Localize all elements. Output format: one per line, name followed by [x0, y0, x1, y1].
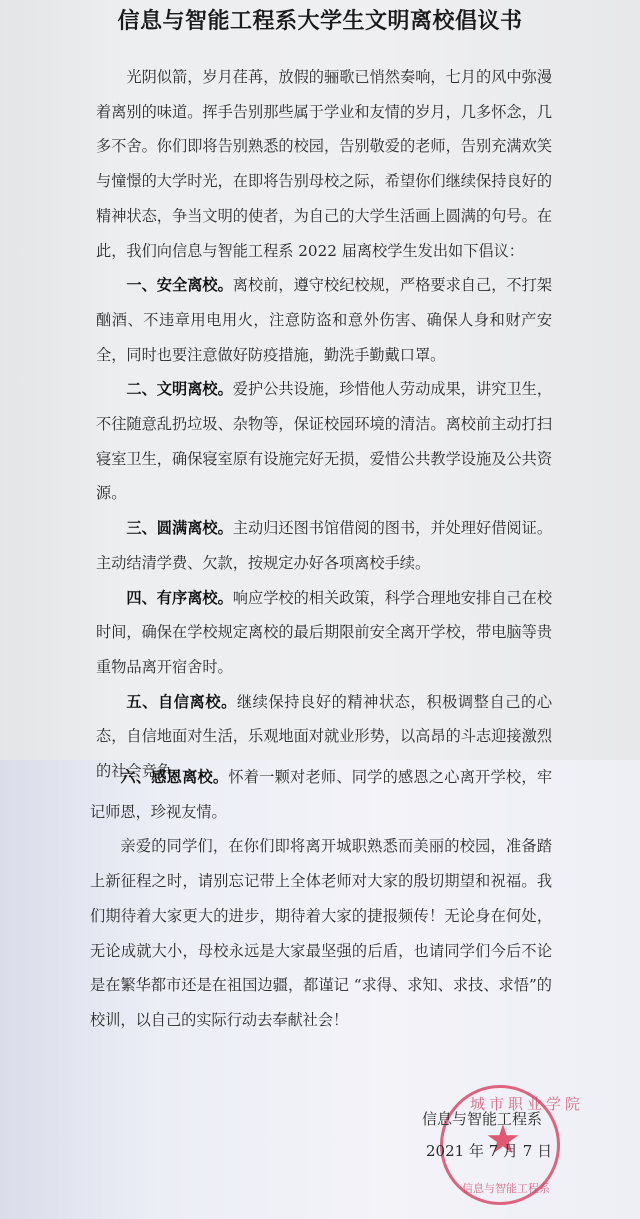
signature-date: 2021 年 7 月 7 日	[426, 1140, 552, 1161]
item-orderly: 四、有序离校。响应学校的相关政策，科学合理地安排自己在校时间，确保在学校规定离校…	[96, 581, 552, 685]
item-heading: 五、自信离校。	[126, 693, 237, 711]
item-text: 爱护公共设施，珍惜他人劳动成果，讲究卫生，不往随意乱扔垃圾、杂物等，保证校园环境…	[96, 380, 552, 502]
signature-department: 信息与智能工程系	[422, 1108, 542, 1129]
item-heading: 六、感恩离校。	[120, 768, 228, 786]
seal-bottom-text: 信息与智能工程系	[462, 1180, 550, 1196]
item-heading: 三、圆满离校。	[126, 519, 232, 537]
item-heading: 一、安全离校。	[126, 276, 232, 294]
document-body-top: 光阴似箭，岁月荏苒，放假的骊歌已悄然奏响，七月的风中弥漫着离别的味道。挥手告别那…	[96, 60, 552, 789]
item-grateful: 六、感恩离校。怀着一颗对老师、同学的感恩之心离开学校，牢记师恩，珍视友情。	[90, 760, 552, 829]
item-safe: 一、安全离校。离校前，遵守校纪校规，严格要求自己，不打架酗酒、不违章用电用火，注…	[96, 268, 552, 372]
item-heading: 二、文明离校。	[126, 380, 232, 398]
closing-paragraph: 亲爱的同学们，在你们即将离开城职熟悉而美丽的校园，准备踏上新征程之时，请别忘记带…	[90, 829, 552, 1037]
item-heading: 四、有序离校。	[126, 589, 232, 607]
intro-paragraph: 光阴似箭，岁月荏苒，放假的骊歌已悄然奏响，七月的风中弥漫着离别的味道。挥手告别那…	[96, 60, 552, 268]
document-title: 信息与智能工程系大学生文明离校倡议书	[0, 4, 640, 35]
document-body-bottom: 六、感恩离校。怀着一颗对老师、同学的感恩之心离开学校，牢记师恩，珍视友情。 亲爱…	[90, 760, 552, 1038]
item-complete: 三、圆满离校。主动归还图书馆借阅的图书，并处理好借阅证。主动结清学费、欠款，按规…	[96, 511, 552, 580]
item-civil: 二、文明离校。爱护公共设施，珍惜他人劳动成果，讲究卫生，不往随意乱扔垃圾、杂物等…	[96, 372, 552, 511]
